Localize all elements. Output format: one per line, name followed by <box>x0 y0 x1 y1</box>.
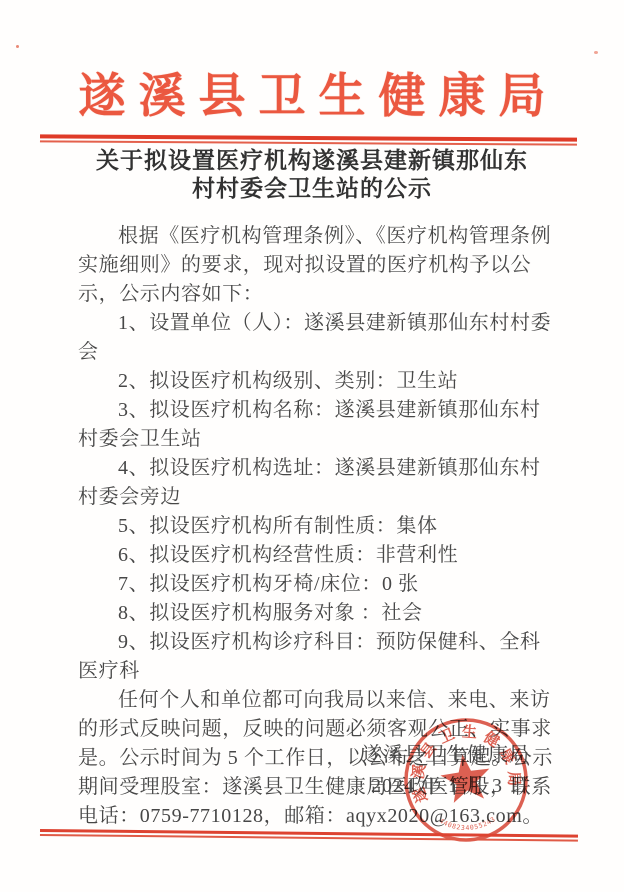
notice-item-7: 7、拟设医疗机构牙椅/床位：0 张 <box>78 570 556 599</box>
document-title-line1: 关于拟设置医疗机构遂溪县建新镇那仙东 <box>96 147 528 173</box>
letterhead-rule <box>40 134 577 145</box>
document-title: 关于拟设置医疗机构遂溪县建新镇那仙东 村村委会卫生站的公示 <box>0 146 624 202</box>
notice-item-9: 9、拟设医疗机构诊疗科目：预防保健科、全科医疗科 <box>78 628 556 686</box>
official-seal-stamp: 遂溪县卫生健康局 4408234055243 <box>396 710 536 850</box>
document-page: 遂溪县卫生健康局 关于拟设置医疗机构遂溪县建新镇那仙东 村村委会卫生站的公示 根… <box>0 0 624 892</box>
letterhead-agency-name: 遂溪县卫生健康局 <box>0 64 624 130</box>
intro-paragraph: 根据《医疗机构管理条例》、《医疗机构管理条例实施细则》的要求，现对拟设置的医疗机… <box>78 222 556 309</box>
scan-speck <box>594 51 598 54</box>
document-title-line2: 村村委会卫生站的公示 <box>192 175 432 201</box>
notice-item-8: 8、拟设医疗机构服务对象 ：社会 <box>78 599 556 628</box>
notice-item-6: 6、拟设医疗机构经营性质：非营利性 <box>78 541 556 570</box>
notice-item-2: 2、拟设医疗机构级别、类别：卫生站 <box>78 367 556 396</box>
seal-star <box>438 751 493 804</box>
seal-code: 4408234055243 <box>437 809 498 836</box>
notice-item-5: 5、拟设医疗机构所有制性质：集体 <box>78 512 556 541</box>
notice-item-1: 1、设置单位（人）：遂溪县建新镇那仙东村村委会 <box>78 309 556 367</box>
scan-speck <box>16 45 19 48</box>
notice-item-3: 3、拟设医疗机构名称：遂溪县建新镇那仙东村村委会卫生站 <box>78 396 556 454</box>
notice-item-4: 4、拟设医疗机构选址：遂溪县建新镇那仙东村村委会旁边 <box>78 454 556 512</box>
